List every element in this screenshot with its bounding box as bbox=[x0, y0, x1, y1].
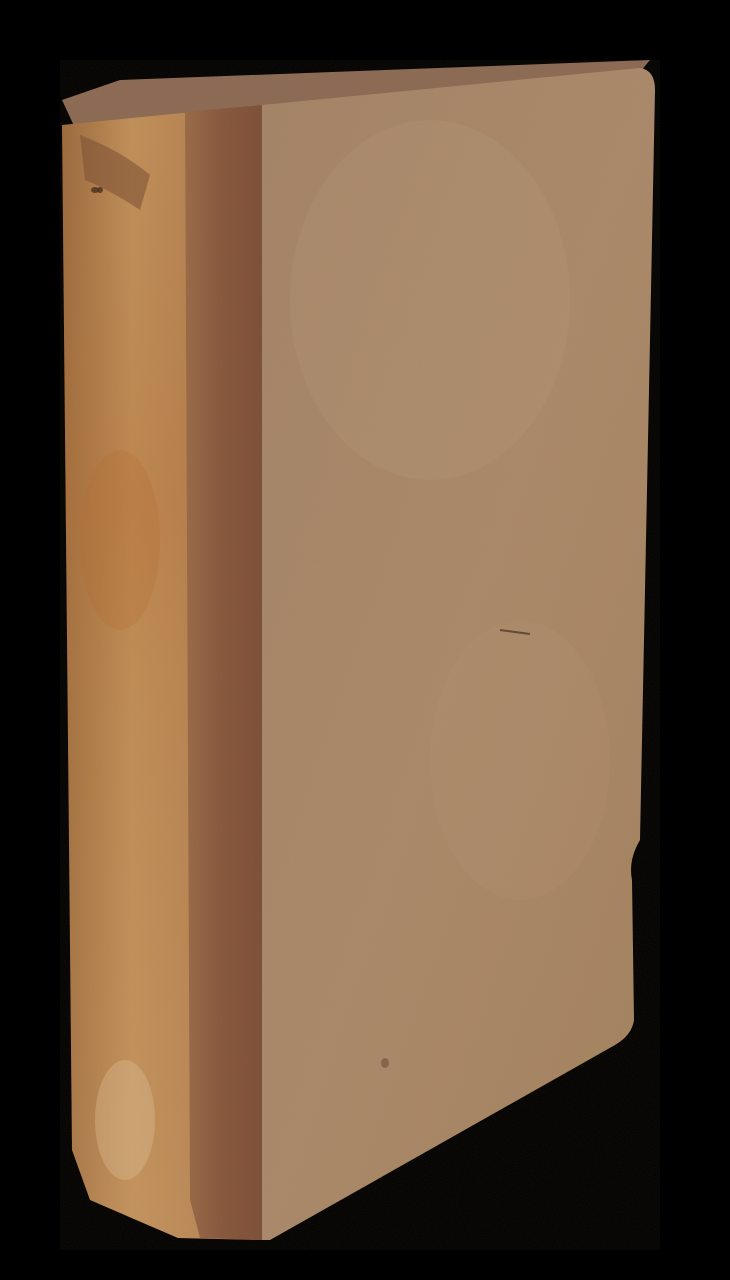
book-illustration bbox=[0, 0, 730, 1280]
book-photo bbox=[0, 0, 730, 1280]
